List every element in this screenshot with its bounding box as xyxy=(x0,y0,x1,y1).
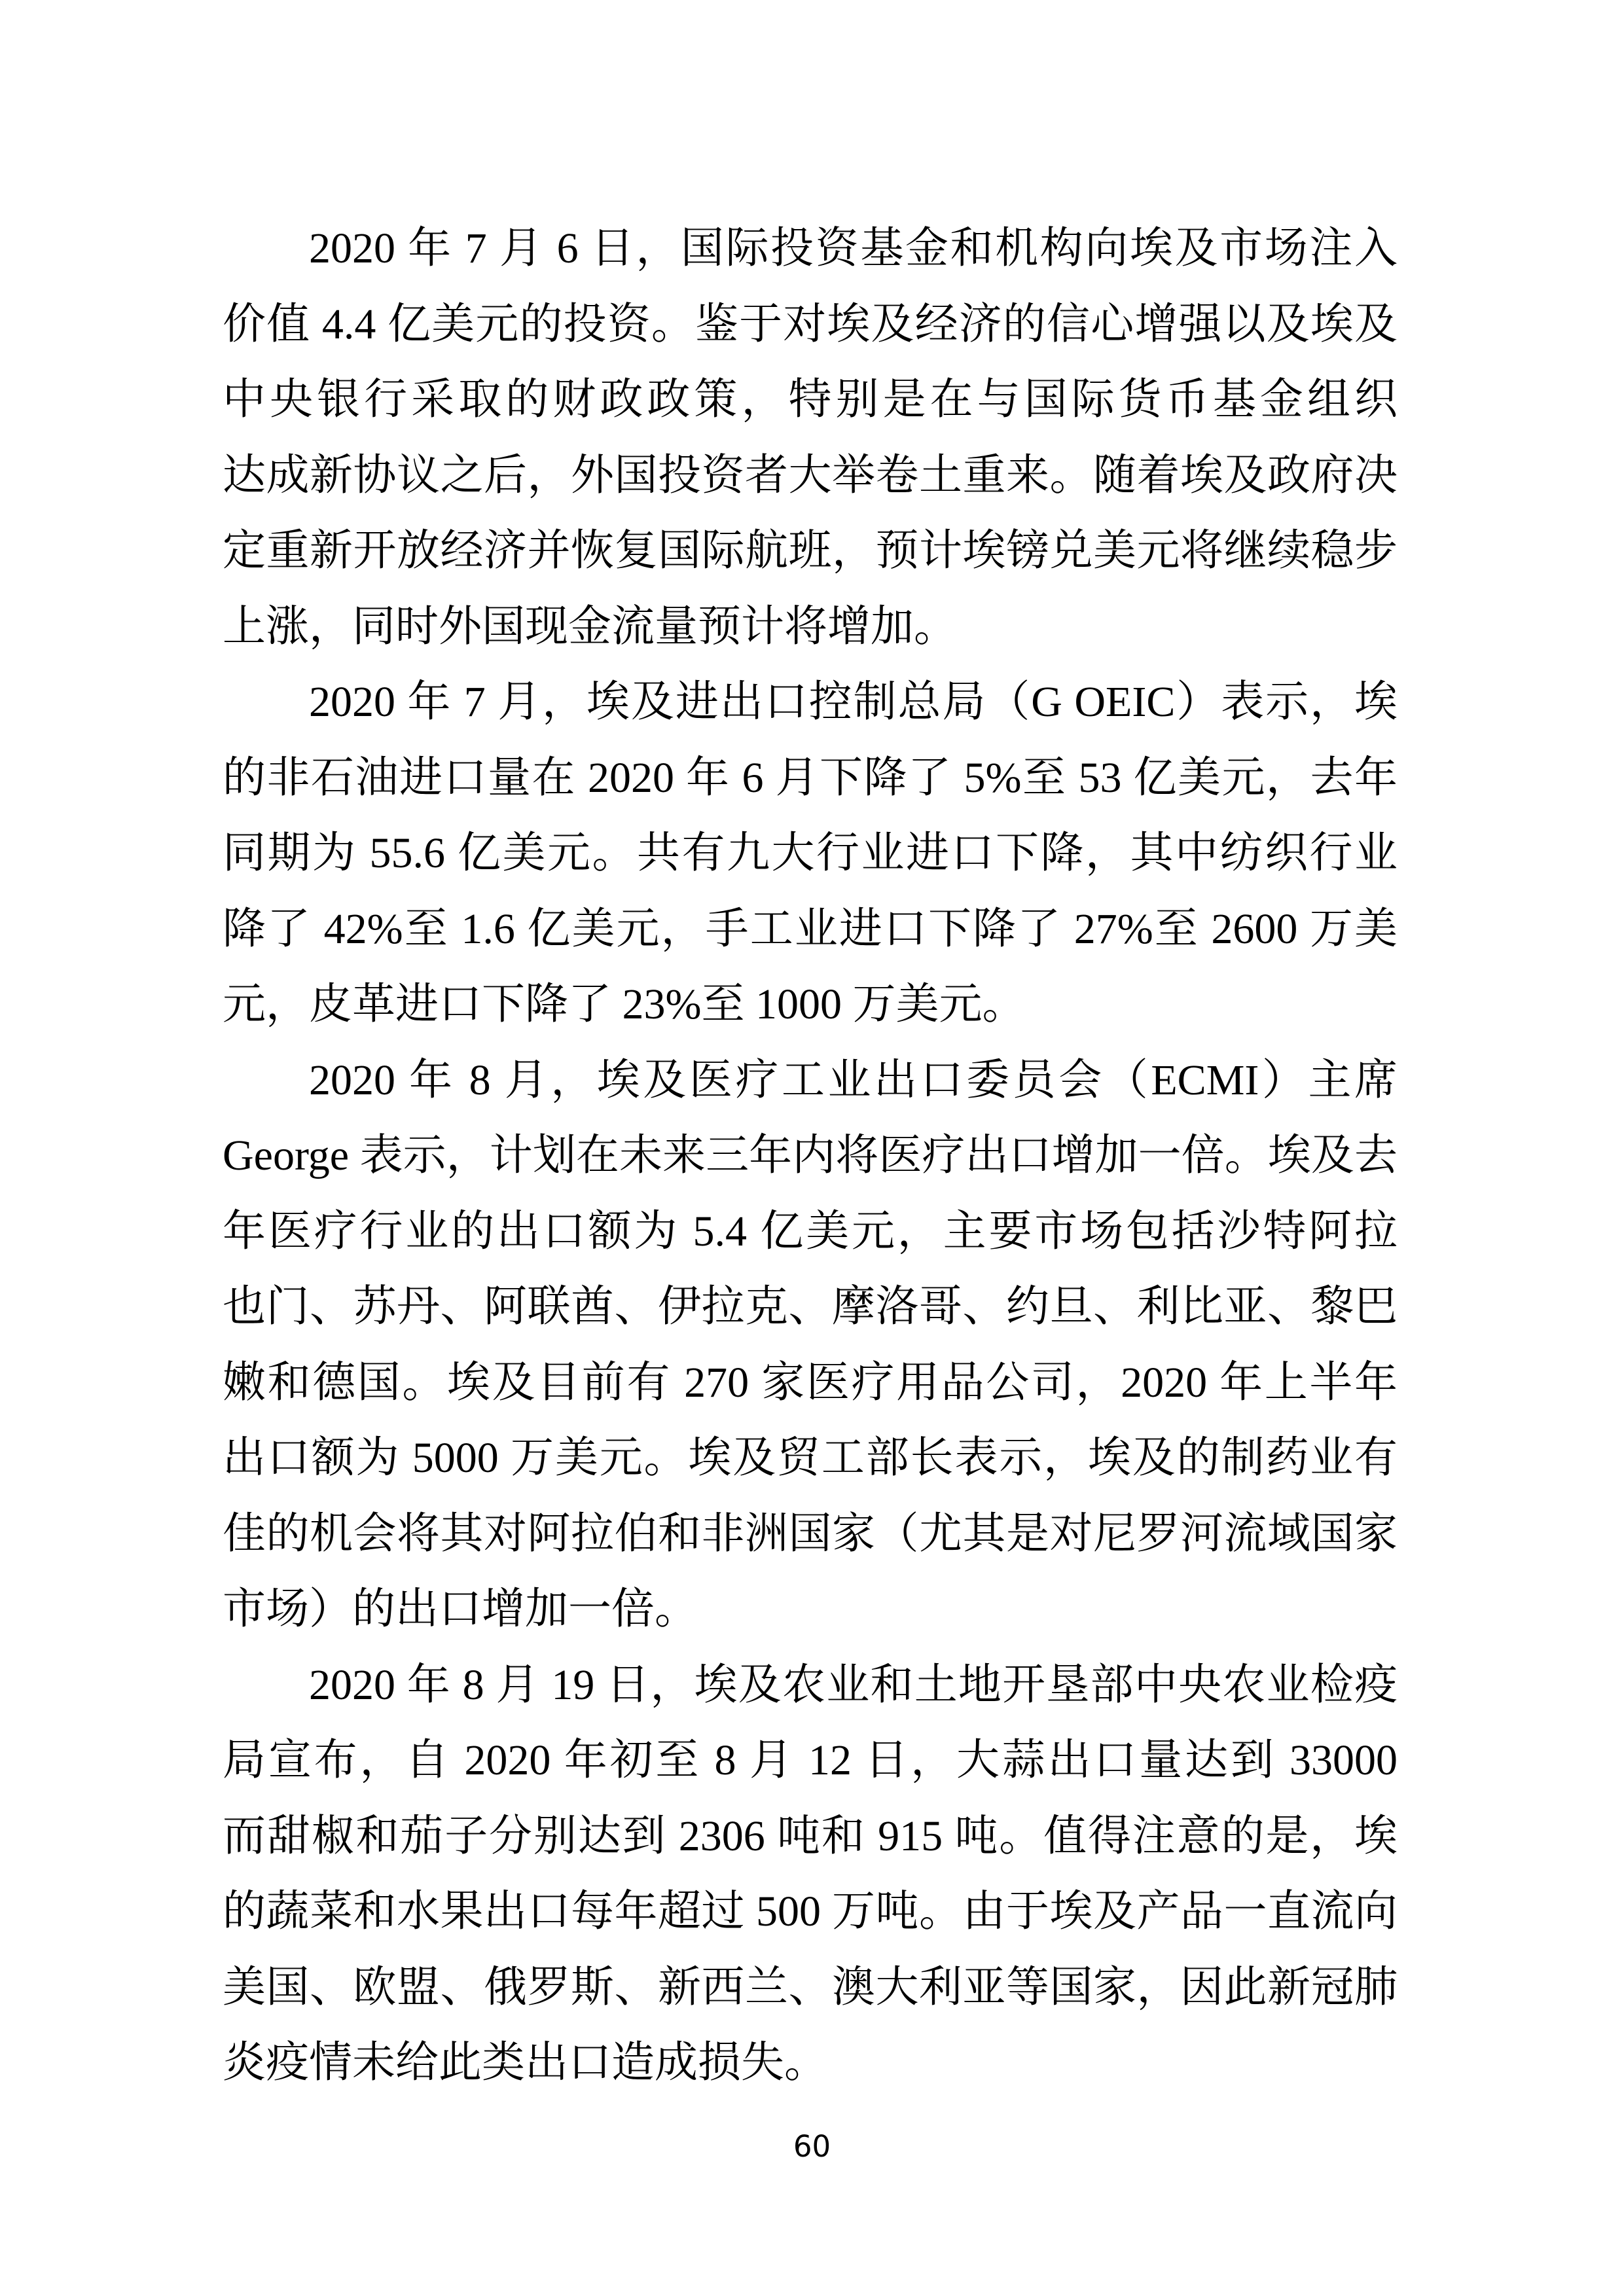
paragraph-2: 2020 年 7 月，埃及进出口控制总局（G OEIC）表示，埃及 的非石油进口… xyxy=(223,664,1398,1043)
text-line: 也门、苏丹、阿联酋、伊拉克、摩洛哥、约旦、利比亚、黎巴 xyxy=(223,1269,1398,1345)
text-line: 2020 年 8 月 19 日，埃及农业和土地开垦部中央农业检疫 xyxy=(223,1647,1398,1723)
text-line: George 表示，计划在未来三年内将医疗出口增加一倍。埃及去 xyxy=(223,1118,1398,1194)
paragraph-1: 2020 年 7 月 6 日，国际投资基金和机构向埃及市场注入了 价值 4.4 … xyxy=(223,211,1398,664)
text-line: 价值 4.4 亿美元的投资。鉴于对埃及经济的信心增强以及埃及 xyxy=(223,287,1398,363)
text-line: 佳的机会将其对阿拉伯和非洲国家（尤其是对尼罗河流域国家 xyxy=(223,1496,1398,1572)
text-line: 美国、欧盟、俄罗斯、新西兰、澳大利亚等国家，因此新冠肺 xyxy=(223,1950,1398,2026)
text-line: 中央银行采取的财政政策，特别是在与国际货币基金组织（IMF） xyxy=(223,362,1398,438)
paragraph-3: 2020 年 8 月，埃及医疗工业出口委员会（ECMI）主席 Maged Geo… xyxy=(223,1043,1398,1647)
text-line: 年医疗行业的出口额为 5.4 亿美元，主要市场包括沙特阿拉伯、 xyxy=(223,1194,1398,1270)
page-number: 60 xyxy=(0,2128,1624,2165)
text-line: 嫩和德国。埃及目前有 270 家医疗用品公司，2020 年上半年的 xyxy=(223,1345,1398,1421)
text-line: 市场）的出口增加一倍。 xyxy=(223,1571,1398,1647)
text-line: 降了 42%至 1.6 亿美元，手工业进口下降了 27%至 2600 万美 xyxy=(223,891,1398,967)
text-line: 2020 年 8 月，埃及医疗工业出口委员会（ECMI）主席 Maged xyxy=(223,1043,1398,1119)
document-page: 2020 年 7 月 6 日，国际投资基金和机构向埃及市场注入了 价值 4.4 … xyxy=(0,0,1624,2296)
text-line: 元，皮革进口下降了 23%至 1000 万美元。 xyxy=(223,967,1398,1043)
text-line: 同期为 55.6 亿美元。共有九大行业进口下降，其中纺织行业下 xyxy=(223,816,1398,891)
text-line: 上涨，同时外国现金流量预计将增加。 xyxy=(223,589,1398,665)
text-line: 2020 年 7 月 6 日，国际投资基金和机构向埃及市场注入了 xyxy=(223,211,1398,287)
text-line: 而甜椒和茄子分别达到 2306 吨和 915 吨。值得注意的是，埃及 xyxy=(223,1799,1398,1874)
text-line: 的蔬菜和水果出口每年超过 500 万吨。由于埃及产品一直流向 xyxy=(223,1874,1398,1950)
text-line: 局宣布，自 2020 年初至 8 月 12 日，大蒜出口量达到 33000 吨， xyxy=(223,1723,1398,1799)
text-line: 炎疫情未给此类出口造成损失。 xyxy=(223,2025,1398,2101)
paragraph-4: 2020 年 8 月 19 日，埃及农业和土地开垦部中央农业检疫 局宣布，自 2… xyxy=(223,1647,1398,2101)
text-line: 的非石油进口量在 2020 年 6 月下降了 5%至 53 亿美元，去年 xyxy=(223,740,1398,816)
text-line: 出口额为 5000 万美元。埃及贸工部长表示，埃及的制药业有绝 xyxy=(223,1420,1398,1496)
text-line: 达成新协议之后，外国投资者大举卷土重来。随着埃及政府决 xyxy=(223,438,1398,514)
text-line: 2020 年 7 月，埃及进出口控制总局（G OEIC）表示，埃及 xyxy=(223,664,1398,740)
text-line: 定重新开放经济并恢复国际航班，预计埃镑兑美元将继续稳步 xyxy=(223,513,1398,589)
document-body: 2020 年 7 月 6 日，国际投资基金和机构向埃及市场注入了 价值 4.4 … xyxy=(223,211,1398,2101)
